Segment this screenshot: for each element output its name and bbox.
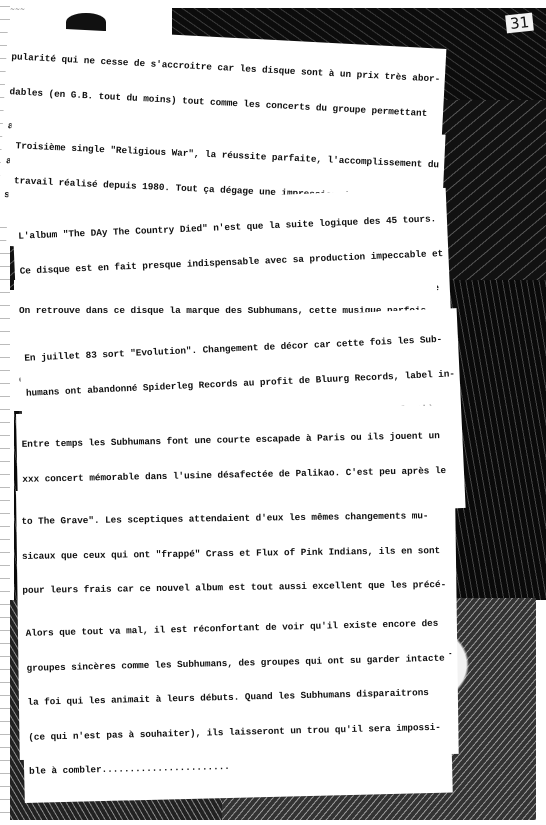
text-line: groupes sincères comme les Subhumans, de… [26, 652, 444, 674]
text-line: xxx concert mémorable dans l'usine désaf… [22, 465, 446, 485]
text-line: to The Grave". Les sceptiques attendaien… [21, 510, 450, 527]
text-line: sicaux que ceux qui ont "frappé" Crass e… [22, 544, 451, 561]
text-line: En juillet 83 sort "Evolution". Changeme… [24, 333, 453, 364]
text-line: ble à combler....................... [29, 756, 447, 778]
text-line: Troisième single "Religious War", la réu… [15, 140, 439, 171]
text-line: la foi qui les animait à leurs débuts. Q… [27, 687, 445, 709]
page-number: 31 [505, 13, 534, 34]
paragraph-conclusion: Alors que tout va mal, il est réconforta… [20, 593, 453, 803]
text-line: humans ont abandonné Spiderleg Records a… [26, 368, 455, 399]
text-line: (ce qui n'est pas à souhaiter), ils lais… [28, 721, 446, 743]
zine-page: ~~~ 31 pularité qui ne cesse de s'accroi… [0, 0, 546, 825]
text-line: L'album "The DAy The Country Died" n'est… [18, 213, 442, 242]
text-line: Ce disque est en fait presque indispensa… [19, 247, 443, 276]
text-line: dables (en G.B. tout du moins) tout comm… [9, 86, 438, 120]
text-line: pularité qui ne cesse de s'accroitre car… [11, 51, 440, 85]
text-line: Entre temps les Subhumans font une court… [22, 430, 446, 450]
decorative-silhouette [66, 13, 106, 31]
text-line: Alors que tout va mal, il est réconforta… [26, 618, 444, 640]
corner-stamp: ~~~ [10, 6, 25, 13]
